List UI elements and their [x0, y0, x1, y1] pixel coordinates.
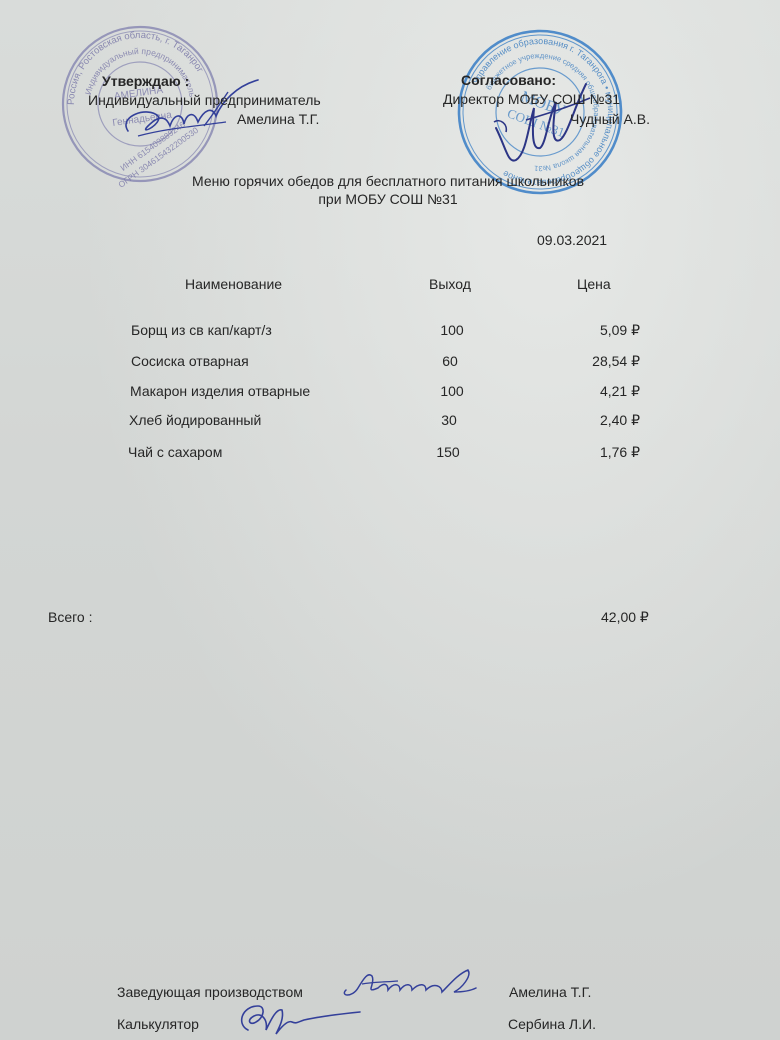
- row-item-price: 28,54 ₽: [550, 353, 640, 369]
- signature-name-production-head: Амелина Т.Г.: [509, 984, 591, 1000]
- svg-text:СОШ №31: СОШ №31: [505, 106, 566, 141]
- header-name: Наименование: [185, 276, 282, 292]
- row-item-qty: 30: [419, 412, 479, 428]
- total-value: 42,00 ₽: [601, 609, 649, 625]
- approval-right-heading: Согласовано:: [461, 72, 556, 88]
- row-item-price: 2,40 ₽: [550, 412, 640, 428]
- row-item-qty: 150: [418, 444, 478, 460]
- production-head-signature: [338, 966, 478, 1000]
- approval-left-name: Амелина Т.Г.: [237, 111, 319, 127]
- signature-icon: [236, 1000, 366, 1040]
- row-item-price: 4,21 ₽: [550, 383, 640, 399]
- signature-role-production-head: Заведующая производством: [117, 984, 303, 1000]
- signature-role-calculator: Калькулятор: [117, 1016, 199, 1032]
- row-item-qty: 60: [420, 353, 480, 369]
- row-item-qty: 100: [422, 383, 482, 399]
- menu-title-line2: при МОБУ СОШ №31: [0, 190, 778, 208]
- approval-right-name: Чудный А.В.: [570, 111, 650, 127]
- svg-text:Геннадьевна: Геннадьевна: [112, 110, 173, 129]
- header-qty: Выход: [429, 276, 471, 292]
- menu-title-line1: Меню горячих обедов для бесплатного пита…: [0, 172, 778, 190]
- approval-left-position: Индивидуальный предприниматель: [88, 92, 321, 108]
- approval-right-position: Директор МОБУ СОШ №31: [443, 91, 620, 107]
- row-item-price: 1,76 ₽: [550, 444, 640, 460]
- calculator-signature: [236, 1000, 366, 1040]
- row-item-name: Борщ из св кап/карт/з: [131, 322, 272, 338]
- total-label: Всего :: [48, 609, 93, 625]
- signature-icon: [338, 966, 478, 1000]
- signature-name-calculator: Сербина Л.И.: [508, 1016, 596, 1032]
- header-price: Цена: [577, 276, 611, 292]
- row-item-name: Хлеб йодированный: [129, 412, 261, 428]
- row-item-name: Чай с сахаром: [128, 444, 222, 460]
- row-item-name: Макарон изделия отварные: [130, 383, 310, 399]
- approval-left-heading: Утверждаю :: [102, 73, 189, 89]
- menu-date: 09.03.2021: [537, 232, 607, 248]
- document-photo: Россия, Ростовская область, г. Таганрог …: [0, 0, 780, 1040]
- svg-text:ИНН 615409889246: ИНН 615409889246: [118, 119, 187, 173]
- row-item-price: 5,09 ₽: [550, 322, 640, 338]
- row-item-qty: 100: [422, 322, 482, 338]
- row-item-name: Сосиска отварная: [131, 353, 249, 369]
